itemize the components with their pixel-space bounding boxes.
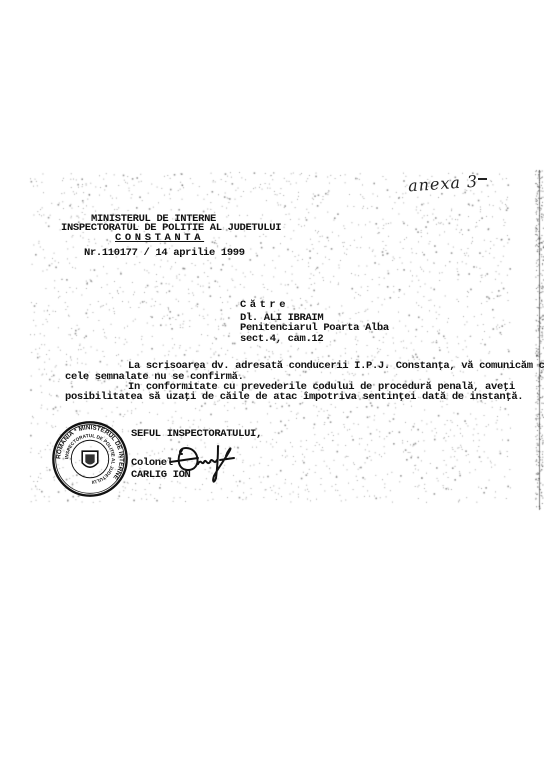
- recipient-salutation: Către: [240, 299, 289, 311]
- handwritten-annotation: anexa 3: [407, 172, 478, 196]
- reference-number: Nr.110177 / 14 aprilie 1999: [84, 247, 245, 259]
- signatory-rank: Colonel: [131, 457, 173, 469]
- scanned-document-page: anexa 3 MINISTERUL DE INTERNE INSPECTORA…: [0, 0, 544, 768]
- recipient-location: sect.4, cam.12: [240, 333, 323, 345]
- header-county: CONSTANTA: [115, 232, 204, 244]
- signature-title: SEFUL INSPECTORATULUI,: [131, 428, 262, 440]
- annotation-dash: [478, 178, 487, 180]
- official-seal-icon: ROMANIA * MINISTERUL DE INTERNE INSPECTO…: [51, 420, 129, 498]
- body-paragraph2-line2: posibilitatea să uzaţi de căile de atac …: [65, 391, 523, 403]
- handwritten-signature-icon: [168, 440, 243, 488]
